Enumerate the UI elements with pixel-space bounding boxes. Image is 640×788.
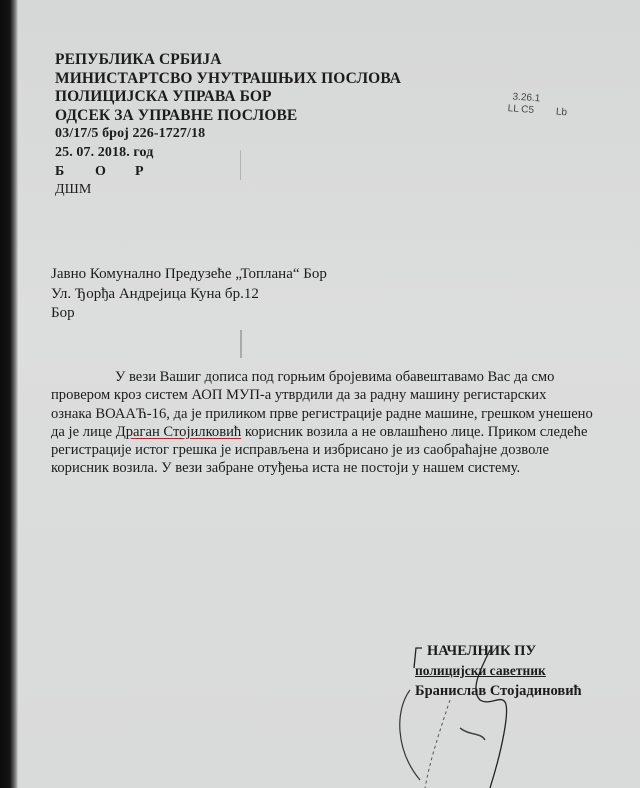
- letterhead-line: МИНИСТАРТСВО УНУТРАШЊИХ ПОСЛОВА: [55, 70, 401, 89]
- document-page: РЕПУБЛИКА СРБИЈА МИНИСТАРТСВО УНУТРАШЊИХ…: [0, 0, 640, 788]
- underlined-person-name: Драган Стојилковић: [116, 424, 241, 440]
- scan-edge-shadow: [0, 0, 18, 788]
- recipient-street: Ул. Ђорђа Андрејица Куна бр.12: [51, 285, 327, 305]
- letter-body: У вези Вашиг дописа под горњим бројевима…: [51, 368, 626, 478]
- document-date: 25. 07. 2018. год: [55, 144, 401, 163]
- scan-artifact: [240, 330, 242, 358]
- letterhead: РЕПУБЛИКА СРБИЈА МИНИСТАРТСВО УНУТРАШЊИХ…: [55, 51, 401, 200]
- body-line: ознака ВОААЋ-16, да је приликом прве рег…: [51, 405, 626, 423]
- letterhead-line: РЕПУБЛИКА СРБИЈА: [55, 51, 401, 70]
- signatory-name: Бранислав Стојадиновић: [415, 681, 582, 701]
- scan-artifact: [240, 150, 241, 180]
- handwritten-note: 3.26.1 LL C5Lb: [507, 91, 590, 121]
- body-line: провером кроз систем АОП МУП-а утврдили …: [51, 386, 626, 404]
- recipient-name: Јавно Комунално Предузеће „Топлана“ Бор: [51, 265, 327, 285]
- signatory-rank: полицијски саветник: [415, 661, 582, 681]
- reference-number: 03/17/5 број 226-1727/18: [55, 125, 401, 144]
- body-line: У вези Вашиг дописа под горњим бројевима…: [51, 368, 626, 386]
- recipient-city: Бор: [51, 304, 327, 324]
- letterhead-line: ОДСЕК ЗА УПРАВНЕ ПОСЛОВЕ: [55, 107, 401, 126]
- signatory-title: НАЧЕЛНИК ПУ: [415, 641, 582, 661]
- signature-block: НАЧЕЛНИК ПУ полицијски саветник Бранисла…: [415, 641, 582, 701]
- body-line: регистрације истог грешка је исправљена …: [51, 441, 626, 459]
- city-spaced: БОР: [55, 163, 401, 182]
- body-line: корисник возила. У вези забране отуђења …: [51, 459, 626, 477]
- body-line: да је лице Драган Стојилковић корисник в…: [51, 423, 626, 441]
- author-initials: ДШМ: [55, 181, 401, 200]
- letterhead-line: ПОЛИЦИЈСКА УПРАВА БОР: [55, 88, 401, 107]
- recipient-address: Јавно Комунално Предузеће „Топлана“ Бор …: [51, 265, 327, 324]
